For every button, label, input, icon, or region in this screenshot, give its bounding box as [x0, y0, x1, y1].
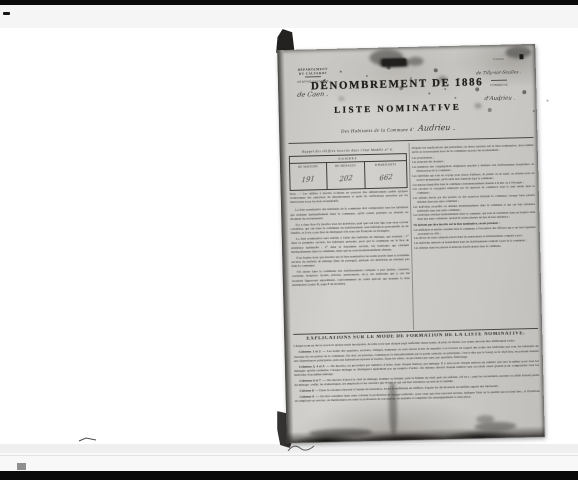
stain	[338, 97, 344, 101]
left-column: Rappel des chiffres inscrits dans l'état…	[289, 143, 412, 333]
inhabitants-line: Des Habitants de la Commune d' Audrieu .	[289, 116, 507, 139]
divider	[305, 76, 321, 77]
menages-count-handwritten: 202	[339, 174, 353, 184]
right-items: Les propriétaires ; Les préposés des dou…	[412, 154, 536, 222]
canton-block: Canton de Tilly-sur-Seulles . COMMUNE d'…	[467, 56, 530, 106]
habitants-count-handwritten: 662	[379, 173, 393, 183]
paragraph: Les détenus dans les prisons et maisons …	[414, 244, 536, 251]
scan-bottom-bar	[0, 471, 578, 480]
paragraph: La liste nominative des habitants de la …	[290, 206, 408, 222]
divider	[491, 80, 507, 81]
model-number-stamp	[381, 58, 406, 67]
commune-value-handwritten: d'Audrieu .	[484, 95, 515, 102]
recap-note: Nota. — Les chiffres à inscrire ci-dessu…	[290, 190, 408, 204]
ink-mark	[519, 54, 523, 59]
instructions-columns: Rappel des chiffres inscrits dans l'état…	[289, 140, 538, 333]
commune-label: COMMUNE	[468, 82, 530, 88]
maisons-count-handwritten: 191	[301, 175, 315, 185]
scan-ink-mark-topleft	[3, 12, 10, 15]
explications-section: EXPLICATIONS SUR LE MODE DE FORMATION DE…	[293, 331, 540, 405]
pen-check-mark	[78, 434, 98, 444]
scan-seam-line	[0, 455, 578, 456]
stain	[407, 57, 423, 66]
speckles	[428, 92, 430, 94]
inhabitants-prefix: Des Habitants de la Commune d'	[341, 127, 414, 134]
paragraph: S'il existe dans la commune des établiss…	[292, 267, 410, 287]
scan-gray-square	[17, 463, 26, 470]
paragraph: Il ne faudra donc pas inscrire sur la li…	[291, 253, 409, 269]
paragraph-label: Colonne 8. —	[300, 388, 319, 392]
left-column-text: La liste nominative des habitants de la …	[290, 206, 410, 288]
commune-name-handwritten: Audrieu .	[417, 123, 455, 133]
right-column: D'après les explications qui précèdent, …	[412, 140, 539, 330]
recap-table-values: 191 202 662	[290, 167, 406, 190]
right-intro: D'après les explications qui précèdent, …	[412, 143, 534, 155]
paragraph: Il y a donc lieu d'y inscrire tous les i…	[290, 220, 408, 236]
department-value: DU CALVADOS	[288, 71, 338, 76]
census-page: DÉPARTEMENT DU CALVADOS ARRONDISSEMENT d…	[277, 44, 545, 443]
speckles	[340, 71, 342, 73]
scan-band-top	[0, 5, 578, 28]
canton-value-handwritten: de Tilly-sur-Seulles .	[476, 70, 522, 76]
right-paragraphs: Les militaires et marins casernés dans l…	[414, 226, 537, 251]
list-item: Les individus résidant habituellement da…	[413, 211, 535, 222]
recap-table: NOMBRE DE MAISONS DE MÉNAGES D'HABITANTS…	[289, 153, 408, 191]
paragraph: La liste nominative sera établie à l'aid…	[291, 234, 409, 254]
